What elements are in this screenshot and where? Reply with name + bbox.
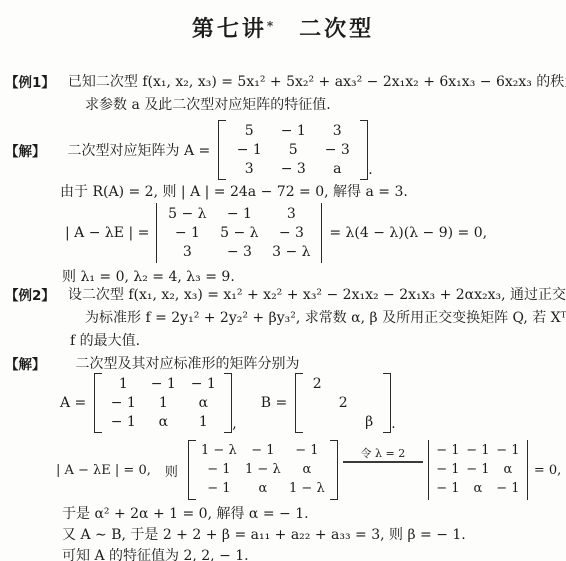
example1-statement-line1: 【例1】 已知二次型 f(x₁, x₂, x₃) = 5x₁² + 5x₂² +… <box>5 71 566 91</box>
det-cell: − 1 <box>463 442 493 460</box>
example1-line2-text: 求参数 a 及此二次型对应矩阵的特征值. <box>85 94 331 114</box>
det-cell: − 1 <box>463 461 493 479</box>
matrix-cell: α <box>241 480 285 498</box>
det-bar-right <box>321 203 322 263</box>
right-bracket <box>224 373 232 433</box>
det-cell: − 1 <box>493 480 523 498</box>
period: . <box>368 162 372 178</box>
det-lhs: | A − λE | = <box>65 225 149 241</box>
right-bracket <box>383 373 391 433</box>
matrix-a-ex2: 1 − 1 − 1 − 1 1 α − 1 α 1 <box>94 373 232 433</box>
example1-rank-line: 由于 R(A) = 2, 则 | A | = 24a − 72 = 0, 解得 … <box>60 181 408 201</box>
matrix-cell: a <box>315 160 359 178</box>
det-cell: 3 <box>161 243 213 261</box>
matrix-cell: − 3 <box>315 141 359 159</box>
substitute-lambda-arrow: 令 λ = 2 <box>343 447 423 463</box>
matrix-cell: − 1 <box>285 442 329 460</box>
matrix-cell: − 1 <box>143 375 183 393</box>
left-bracket <box>295 373 303 433</box>
det-bar-left <box>428 440 429 500</box>
det-cell: α <box>493 461 523 479</box>
det-cell: − 1 <box>161 224 213 242</box>
left-bracket <box>94 373 102 433</box>
det-cell: 3 <box>265 205 317 223</box>
matrix-a-ex1: 5 − 1 3 − 1 5 − 3 3 − 3 a <box>218 120 368 180</box>
example2-statement-line3: f 的最大值. <box>70 330 140 350</box>
matrix-cell: 1 <box>143 394 183 412</box>
solution2-intro: 二次型及其对应标准形的矩阵分别为 <box>76 353 300 373</box>
det-cell: − 1 <box>433 442 463 460</box>
beta-text: 又 A ∼ B, 于是 2 + 2 + β = a₁₁ + a₂₂ + a₃₃ … <box>62 524 466 544</box>
title-part1: 第七讲 <box>192 12 267 43</box>
det2-grid: − 1 − 1 − 1 − 1 − 1 α − 1 α − 1 <box>433 440 523 500</box>
matrix-cell: α <box>183 394 223 412</box>
matrix-b-ex2: 2 2 β <box>295 373 391 433</box>
det-cell: − 1 <box>433 480 463 498</box>
det-cell: 5 − λ <box>213 224 265 242</box>
example1-eigenvalues-line: 则 λ₁ = 0, λ₂ = 4, λ₃ = 9. <box>62 266 235 286</box>
det-cell: 3 − λ <box>265 243 317 261</box>
alpha-text: 于是 α² + 2α + 1 = 0, 解得 α = − 1. <box>62 503 309 523</box>
matrix-cell: 3 <box>315 122 359 140</box>
then-text: 则 <box>165 461 178 480</box>
det-cell: − 1 <box>213 205 265 223</box>
matrix-cell: 1 <box>183 413 223 431</box>
matrix-cell: − 1 <box>197 480 241 498</box>
det-cell: − 3 <box>265 224 317 242</box>
matrix-cell: − 1 <box>103 413 143 431</box>
matrix-cell: 1 <box>103 375 143 393</box>
example2-matrices-row: A = 1 − 1 − 1 − 1 1 α − 1 α 1 , B = 2 <box>60 374 396 432</box>
arrow-label: 令 λ = 2 <box>359 447 408 460</box>
matrix-cell: 2 <box>330 394 356 412</box>
det-cell: 5 − λ <box>161 205 213 223</box>
solution2-label: 【解】 <box>5 353 46 373</box>
matrix-cell: − 1 <box>103 394 143 412</box>
example1-line1-text: 已知二次型 f(x₁, x₂, x₃) = 5x₁² + 5x₂² + ax₃²… <box>68 71 566 91</box>
matrix-cell: − 1 <box>227 141 271 159</box>
det-rhs: = λ(4 − λ)(λ − 9) = 0, <box>329 225 487 241</box>
matrix-cell: 1 − λ <box>285 480 329 498</box>
example2-line3-text: f 的最大值. <box>70 330 140 350</box>
title-asterisk: * <box>267 19 273 33</box>
period: . <box>391 416 395 432</box>
matrix-cell: − 1 <box>183 375 223 393</box>
matrix-cell: − 3 <box>271 160 315 178</box>
example2-eigenvalues-line: 可知 A 的特征值为 2, 2, − 1. <box>62 545 249 561</box>
matrix-cell: 5 <box>271 141 315 159</box>
example2-statement-line2: 为标准形 f = 2y₁² + 2y₂² + βy₃², 求常数 α, β 及所… <box>85 307 566 327</box>
example2-beta-line: 又 A ∼ B, 于是 2 + 2 + β = a₁₁ + a₂₂ + a₃₃ … <box>62 524 466 544</box>
matrix-cell: 1 − λ <box>197 442 241 460</box>
arrow-line <box>343 460 423 463</box>
comma: , <box>232 416 236 432</box>
det-cell: α <box>463 480 493 498</box>
det-bar-left <box>156 203 157 263</box>
right-bracket <box>360 120 368 180</box>
example2-line2-text: 为标准形 f = 2y₁² + 2y₂² + βy₃², 求常数 α, β 及所… <box>85 307 566 327</box>
det-cell: − 3 <box>213 243 265 261</box>
det-zero-text: | A − λE | = 0, <box>56 463 151 478</box>
det-cell: − 1 <box>493 442 523 460</box>
determinant-substituted: − 1 − 1 − 1 − 1 − 1 α − 1 α − 1 <box>428 440 528 500</box>
solution1-intro: 二次型对应矩阵为 A = <box>68 140 211 160</box>
eigenvalues-text: 则 λ₁ = 0, λ₂ = 4, λ₃ = 9. <box>62 266 235 286</box>
document-page: 第七讲*二次型 【例1】 已知二次型 f(x₁, x₂, x₃) = 5x₁² … <box>0 0 566 561</box>
left-bracket <box>188 440 196 500</box>
matrix-cell: 2 <box>304 375 330 393</box>
matrix-cell: − 1 <box>271 122 315 140</box>
page-title: 第七讲*二次型 <box>0 12 566 43</box>
matrix-cell: − 1 <box>197 461 241 479</box>
solution1-label: 【解】 <box>5 140 46 160</box>
example2-line1-text: 设二次型 f(x₁, x₂, x₃) = x₁² + x₂² + x₃² − 2… <box>68 284 566 304</box>
example1-determinant-row: | A − λE | = 5 − λ − 1 3 − 1 5 − λ − 3 3… <box>65 203 487 263</box>
example2-alpha-line: 于是 α² + 2α + 1 = 0, 解得 α = − 1. <box>62 503 309 523</box>
matrix-a-lhs: A = <box>60 395 86 411</box>
example1-statement-line2: 求参数 a 及此二次型对应矩阵的特征值. <box>85 94 331 114</box>
example2-char-eq-row: | A − λE | = 0, 则 1 − λ − 1 − 1 − 1 1 − … <box>56 437 561 503</box>
example1-label: 【例1】 <box>5 71 55 91</box>
matrix-b-lhs: B = <box>261 395 287 411</box>
matrix-a-lambda-grid: 1 − λ − 1 − 1 − 1 1 − λ α − 1 α 1 − λ <box>197 440 329 500</box>
matrix-a-ex2-grid: 1 − 1 − 1 − 1 1 α − 1 α 1 <box>103 373 223 433</box>
matrix-a-ex1-grid: 5 − 1 3 − 1 5 − 3 3 − 3 a <box>227 120 359 180</box>
det-a-grid: 5 − λ − 1 3 − 1 5 − λ − 3 3 − 3 3 − λ <box>161 203 317 263</box>
rank-text: 由于 R(A) = 2, 则 | A | = 24a − 72 = 0, 解得 … <box>60 181 408 201</box>
example2-label: 【例2】 <box>5 284 55 304</box>
det-cell: − 1 <box>433 461 463 479</box>
matrix-b-grid: 2 2 β <box>304 373 382 433</box>
matrix-cell: 5 <box>227 122 271 140</box>
matrix-cell: α <box>143 413 183 431</box>
matrix-a-lambda: 1 − λ − 1 − 1 − 1 1 − λ α − 1 α 1 − λ <box>188 440 338 500</box>
matrix-cell: 3 <box>227 160 271 178</box>
example2-statement-line1: 【例2】 设二次型 f(x₁, x₂, x₃) = x₁² + x₂² + x₃… <box>5 284 566 304</box>
matrix-cell: α <box>285 461 329 479</box>
example2-solution-intro-row: 【解】 二次型及其对应标准形的矩阵分别为 <box>5 353 300 373</box>
example1-solution-matrix-row: 【解】 二次型对应矩阵为 A = 5 − 1 3 − 1 5 − 3 3 − 3… <box>5 122 373 178</box>
determinant-a-lambda: 5 − λ − 1 3 − 1 5 − λ − 3 3 − 3 3 − λ <box>156 203 322 263</box>
matrix-cell: 1 − λ <box>241 461 285 479</box>
matrix-cell: β <box>356 413 382 431</box>
eigenvalues2-text: 可知 A 的特征值为 2, 2, − 1. <box>62 545 249 561</box>
left-bracket <box>218 120 226 180</box>
title-part2: 二次型 <box>299 12 374 43</box>
matrix-cell: − 1 <box>241 442 285 460</box>
det2-rhs: = 0, <box>534 463 561 478</box>
right-bracket <box>330 440 338 500</box>
det-bar-right <box>527 440 528 500</box>
